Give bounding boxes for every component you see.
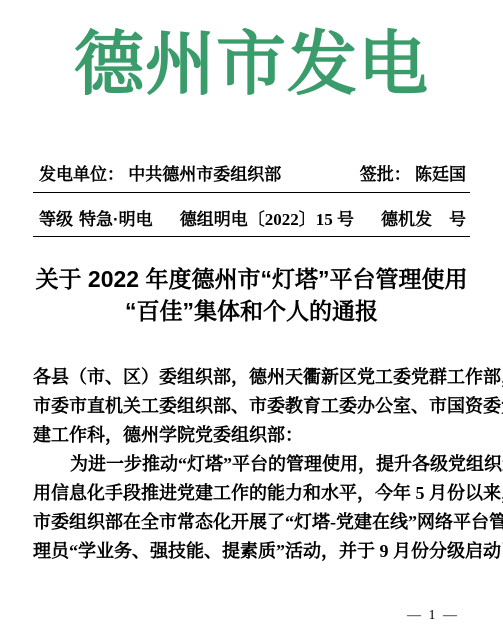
approver-value: 陈廷国 [415,165,466,184]
approver-label: 签批： [360,165,411,184]
document-page: 德州市发电 发电单位： 中共德州市委组织部 签批： 陈廷国 等级特急·明电 德组… [0,0,503,642]
masthead-title: 德州市发电 [0,24,503,108]
approver-cell: 签批： 陈廷国 [360,164,466,186]
dispatch-unit-value: 中共德州市委组织部 [128,165,281,184]
doc-number: 德组明电〔2022〕15 号 [180,209,354,231]
salutation-line: 各县（市、区）委组织部，德州天衢新区党工委党群工作部， [33,363,470,392]
page-footer: — 1 — [407,608,459,624]
header-table: 发电单位： 中共德州市委组织部 签批： 陈廷国 等级特急·明电 德组明电〔202… [33,164,470,237]
level-label: 等级 [39,210,73,229]
document-title-line2: “百佳”集体和个人的通报 [125,298,378,324]
salutation-line: 市委市直机关工委组织部、市委教育工委办公室、市国资委党 [33,392,470,421]
level-cell: 等级特急·明电 [39,209,153,231]
paragraph-line: 市委组织部在全市常态化开展了“灯塔-党建在线”网络平台管 [33,508,470,537]
document-title: 关于 2022 年度德州市“灯塔”平台管理使用 “百佳”集体和个人的通报 [10,263,493,327]
page-number: — 1 — [407,608,459,623]
header-row-level: 等级特急·明电 德组明电〔2022〕15 号 德机发 号 [33,193,470,237]
dispatch-unit-cell: 发电单位： 中共德州市委组织部 [39,164,281,186]
ref-number: 德机发 号 [381,209,466,231]
level-value: 特急·明电 [79,210,153,229]
header-row-dispatch: 发电单位： 中共德州市委组织部 签批： 陈廷国 [33,164,470,193]
document-body: 各县（市、区）委组织部，德州天衢新区党工委党群工作部， 市委市直机关工委组织部、… [33,363,470,566]
salutation-line: 建工作科，德州学院党委组织部： [33,421,470,450]
paragraph-line: 用信息化手段推进党建工作的能力和水平，今年 5 月份以来， [33,479,470,508]
dispatch-unit-label: 发电单位： [39,165,124,184]
paragraph-line: 为进一步推动“灯塔”平台的管理使用，提升各级党组织运 [33,450,470,479]
paragraph-line: 理员“学业务、强技能、提素质”活动，并于 9 月份分级启动了 [33,537,470,566]
document-title-line1: 关于 2022 年度德州市“灯塔”平台管理使用 [36,266,468,292]
